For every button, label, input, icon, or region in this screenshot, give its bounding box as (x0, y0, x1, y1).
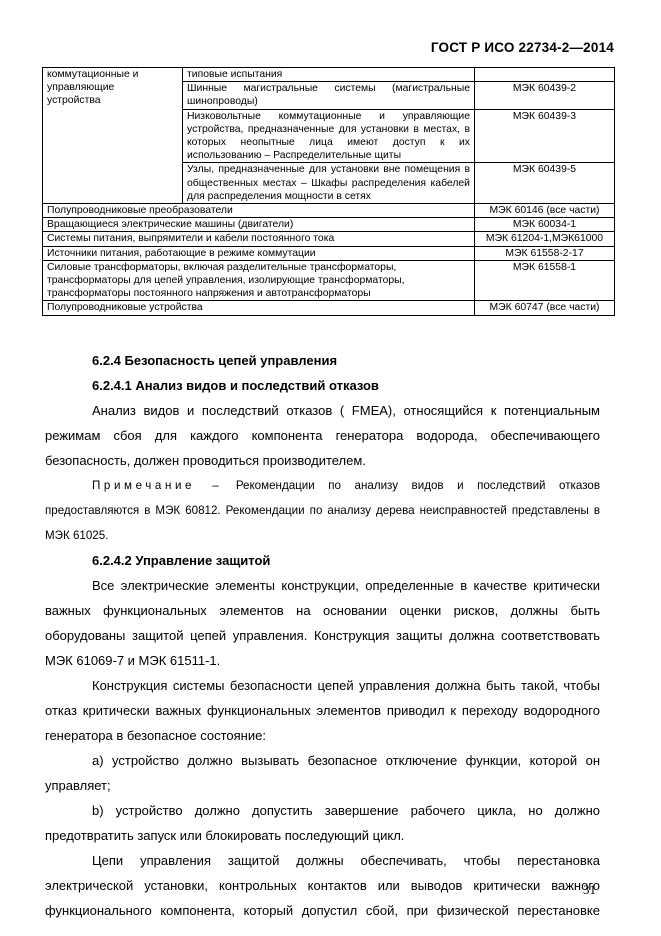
table-row: Силовые трансформаторы, включая разделит… (43, 260, 615, 301)
group-label-line: устройства (47, 94, 178, 107)
table-row: Вращающиеся электрические машины (двигат… (43, 218, 615, 232)
paragraph: Цепи управления защитой должны обеспечив… (45, 848, 600, 923)
standards-table: коммутационные и управляющие устройства … (42, 67, 615, 316)
table-cell-std: МЭК 60439-3 (475, 109, 615, 163)
table-cell-desc: типовые испытания (183, 68, 475, 82)
paragraph: Конструкция системы безопасности цепей у… (45, 673, 600, 748)
document-body: 6.2.4 Безопасность цепей управления 6.2.… (45, 348, 600, 923)
table-row: коммутационные и управляющие устройства … (43, 68, 615, 82)
list-item: b) устройство должно допустить завершени… (45, 798, 600, 848)
table-cell-std: МЭК 60439-2 (475, 82, 615, 109)
table-cell-std: МЭК 61558-2-17 (475, 246, 615, 260)
table-row: Системы питания, выпрямители и кабели по… (43, 232, 615, 246)
table-cell-desc: Вращающиеся электрические машины (двигат… (43, 218, 475, 232)
paragraph: Все электрические элементы конструкции, … (45, 573, 600, 673)
subsection-heading: 6.2.4.1 Анализ видов и последствий отказ… (45, 373, 600, 398)
desc-line: трансформаторы для цепей управления, изо… (47, 274, 470, 287)
page-number: 31 (583, 882, 596, 898)
section-heading: 6.2.4 Безопасность цепей управления (45, 348, 600, 373)
table-cell-desc: Источники питания, работающие в режиме к… (43, 246, 475, 260)
table-cell-desc: Полупроводниковые устройства (43, 301, 475, 315)
group-label-line: коммутационные и (47, 68, 178, 81)
list-item: a) устройство должно вызывать безопасное… (45, 748, 600, 798)
table-cell-desc: Шинные магистральные системы (магистраль… (183, 82, 475, 109)
table-cell-desc: Силовые трансформаторы, включая разделит… (43, 260, 475, 301)
table-cell-std (475, 68, 615, 82)
table-cell-desc: Низковольтные коммутационные и управляющ… (183, 109, 475, 163)
table-cell-desc: Полупроводниковые преобразователи (43, 204, 475, 218)
table-cell-std: МЭК 61204-1,МЭК61000 (475, 232, 615, 246)
table-cell-std: МЭК 60747 (все части) (475, 301, 615, 315)
paragraph: Анализ видов и последствий отказов ( FME… (45, 398, 600, 473)
group-label-line: управляющие (47, 81, 178, 94)
table-row: Источники питания, работающие в режиме к… (43, 246, 615, 260)
desc-line: Силовые трансформаторы, включая разделит… (47, 261, 470, 274)
table-row: Полупроводниковые преобразователи МЭК 60… (43, 204, 615, 218)
group-label-cell: коммутационные и управляющие устройства (43, 68, 183, 204)
document-header: ГОСТ Р ИСО 22734-2—2014 (431, 40, 614, 55)
note-label: Примечание – (92, 479, 222, 492)
note-paragraph: Примечание – Рекомендации по анализу вид… (45, 473, 600, 548)
subsection-heading: 6.2.4.2 Управление защитой (45, 548, 600, 573)
table-cell-desc: Узлы, предназначенные для установки вне … (183, 163, 475, 204)
desc-line: трансформаторы постоянного напряжения и … (47, 287, 470, 300)
table-cell-std: МЭК 60034-1 (475, 218, 615, 232)
table-cell-std: МЭК 60439-5 (475, 163, 615, 204)
table-cell-desc: Системы питания, выпрямители и кабели по… (43, 232, 475, 246)
table-cell-std: МЭК 60146 (все части) (475, 204, 615, 218)
table-row: Полупроводниковые устройства МЭК 60747 (… (43, 301, 615, 315)
table-cell-std: МЭК 61558-1 (475, 260, 615, 301)
